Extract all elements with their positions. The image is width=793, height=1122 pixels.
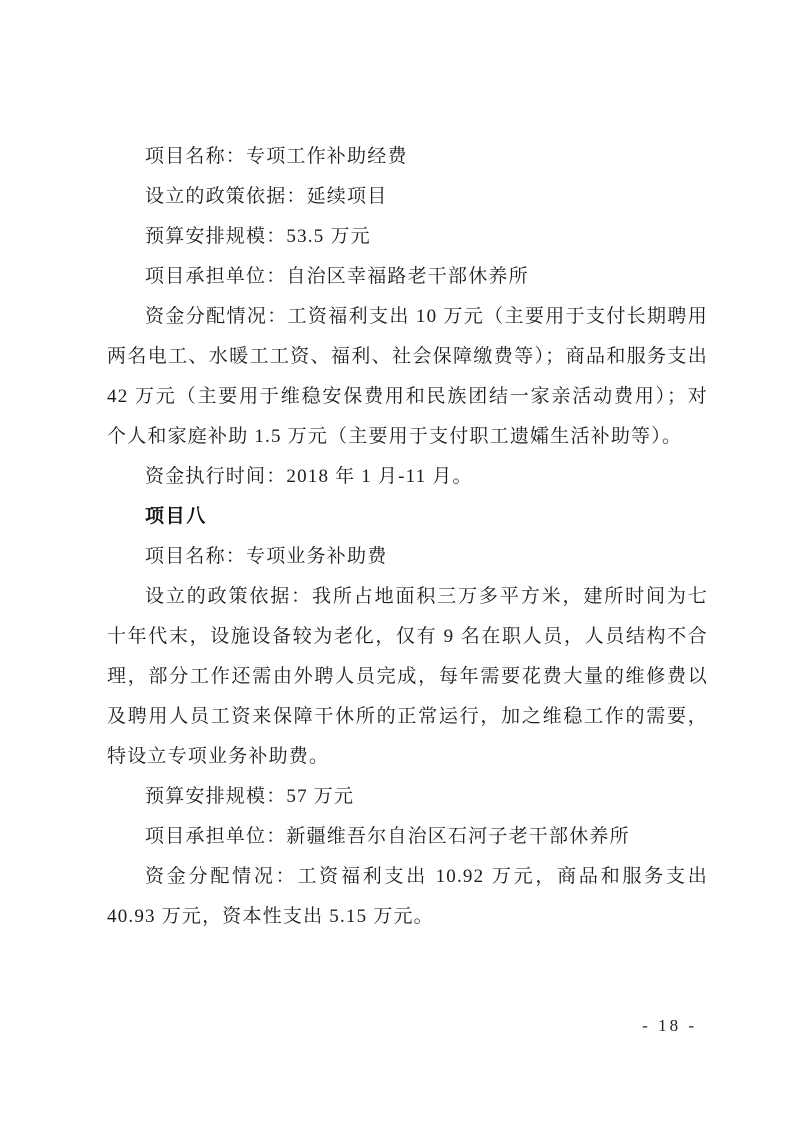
para-project-name-8: 项目名称：专项业务补助费 bbox=[107, 537, 708, 577]
para-fund-allocation-8: 资金分配情况：工资福利支出 10.92 万元，商品和服务支出 40.93 万元，… bbox=[107, 857, 708, 937]
para-fund-allocation-7: 资金分配情况：工资福利支出 10 万元（主要用于支付长期聘用两名电工、水暖工工资… bbox=[107, 297, 708, 457]
para-fund-execution-time-7: 资金执行时间：2018 年 1 月-11 月。 bbox=[107, 457, 708, 497]
para-project-name-7: 项目名称：专项工作补助经费 bbox=[107, 137, 708, 177]
document-body: 项目名称：专项工作补助经费 设立的政策依据：延续项目 预算安排规模：53.5 万… bbox=[107, 137, 708, 937]
page-number: - 18 - bbox=[642, 1016, 697, 1036]
section-heading-project-8: 项目八 bbox=[107, 497, 708, 537]
para-policy-basis-7: 设立的政策依据：延续项目 bbox=[107, 177, 708, 217]
para-undertaking-unit-8: 项目承担单位：新疆维吾尔自治区石河子老干部休养所 bbox=[107, 817, 708, 857]
document-page: 项目名称：专项工作补助经费 设立的政策依据：延续项目 预算安排规模：53.5 万… bbox=[0, 0, 793, 1122]
para-budget-scale-8: 预算安排规模：57 万元 bbox=[107, 777, 708, 817]
para-budget-scale-7: 预算安排规模：53.5 万元 bbox=[107, 217, 708, 257]
para-undertaking-unit-7: 项目承担单位：自治区幸福路老干部休养所 bbox=[107, 257, 708, 297]
para-policy-basis-8: 设立的政策依据：我所占地面积三万多平方米，建所时间为七十年代末，设施设备较为老化… bbox=[107, 577, 708, 777]
